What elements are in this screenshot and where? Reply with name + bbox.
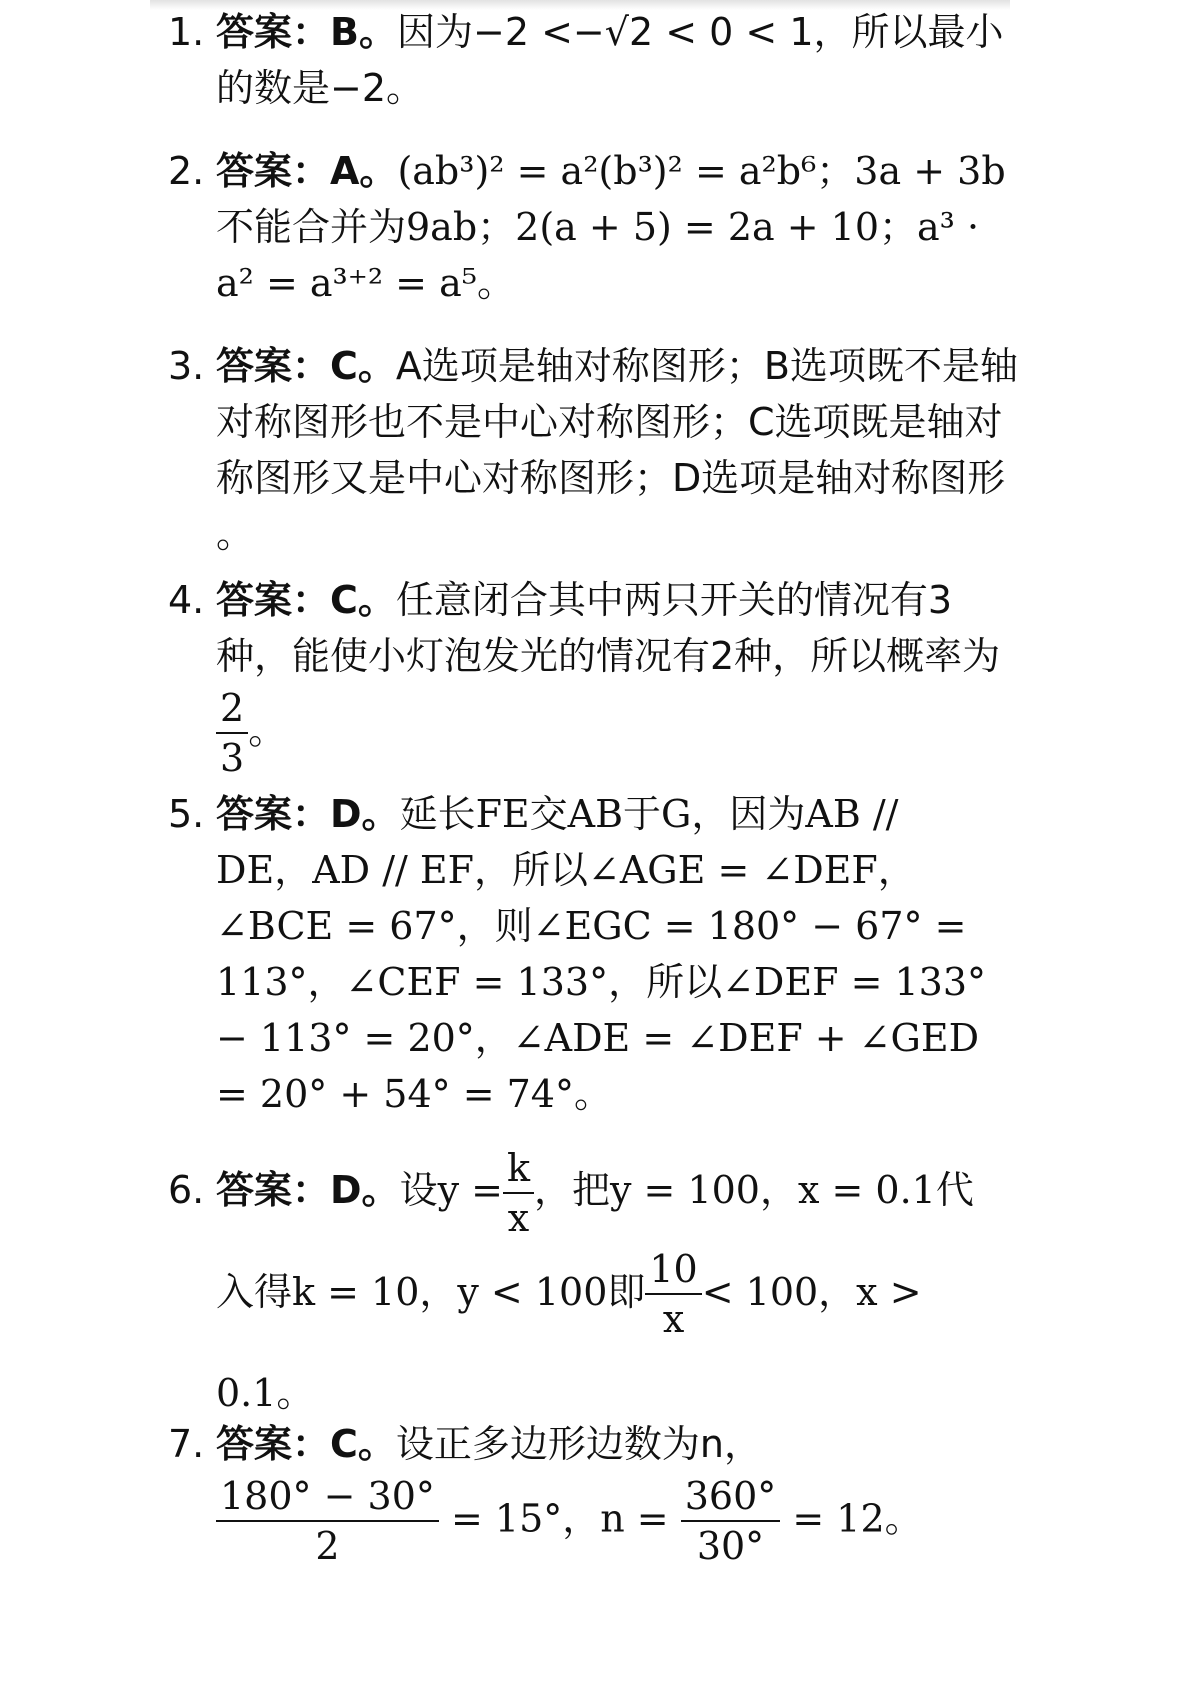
answer-choice: A。 <box>330 149 397 193</box>
answer-choice: C。 <box>330 578 396 622</box>
answer-number: 4. <box>168 572 214 628</box>
answer-label: 答案： <box>216 149 330 193</box>
answer-label: 答案： <box>216 10 330 54</box>
fraction: 10x <box>645 1245 701 1343</box>
answer-1: 1. 答案：B。因为−2 <−√2 < 0 < 1，所以最小的数是−2。 <box>168 4 1028 116</box>
fraction: 180° − 30°2 <box>216 1472 439 1570</box>
answer-number: 5. <box>168 786 214 842</box>
answer-number: 1. <box>168 4 214 60</box>
answer-number: 7. <box>168 1416 214 1472</box>
answer-choice: D。 <box>330 1168 400 1212</box>
answer-4: 4. 答案：C。任意闭合其中两只开关的情况有3种，能使小灯泡发光的情况有2种，所… <box>168 572 1028 782</box>
answer-label: 答案： <box>216 578 330 622</box>
answer-3: 3. 答案：C。A选项是轴对称图形；B选项既不是轴对称图形也不是中心对称图形；C… <box>168 338 1028 562</box>
answer-number: 6. <box>168 1140 214 1240</box>
answer-2: 2. 答案：A。(ab³)² = a²(b³)² = a²b⁶；3a + 3b … <box>168 143 1028 311</box>
answer-label: 答案： <box>216 1168 330 1212</box>
answer-choice: C。 <box>330 1422 396 1466</box>
answer-number: 3. <box>168 338 214 394</box>
answer-choice: C。 <box>330 344 396 388</box>
answer-choice: B。 <box>330 10 397 54</box>
answer-label: 答案： <box>216 792 330 836</box>
answer-label: 答案： <box>216 344 330 388</box>
answer-7: 7. 答案：C。设正多边形边数为n， 180° − 30°2 = 15°，n =… <box>168 1416 1028 1570</box>
fraction: 23 <box>216 684 248 782</box>
answer-6: 6. 答案：D。设y =kx，把y = 100，x = 0.1代 入得k = 1… <box>168 1140 1028 1443</box>
answer-number: 2. <box>168 143 214 199</box>
fraction: 360°30° <box>681 1472 781 1570</box>
answer-5: 5. 答案：D。延长FE交AB于G，因为AB // DE，AD // EF，所以… <box>168 786 1028 1122</box>
fraction: kx <box>503 1144 534 1242</box>
answer-choice: D。 <box>330 792 400 836</box>
answer-label: 答案： <box>216 1422 330 1466</box>
